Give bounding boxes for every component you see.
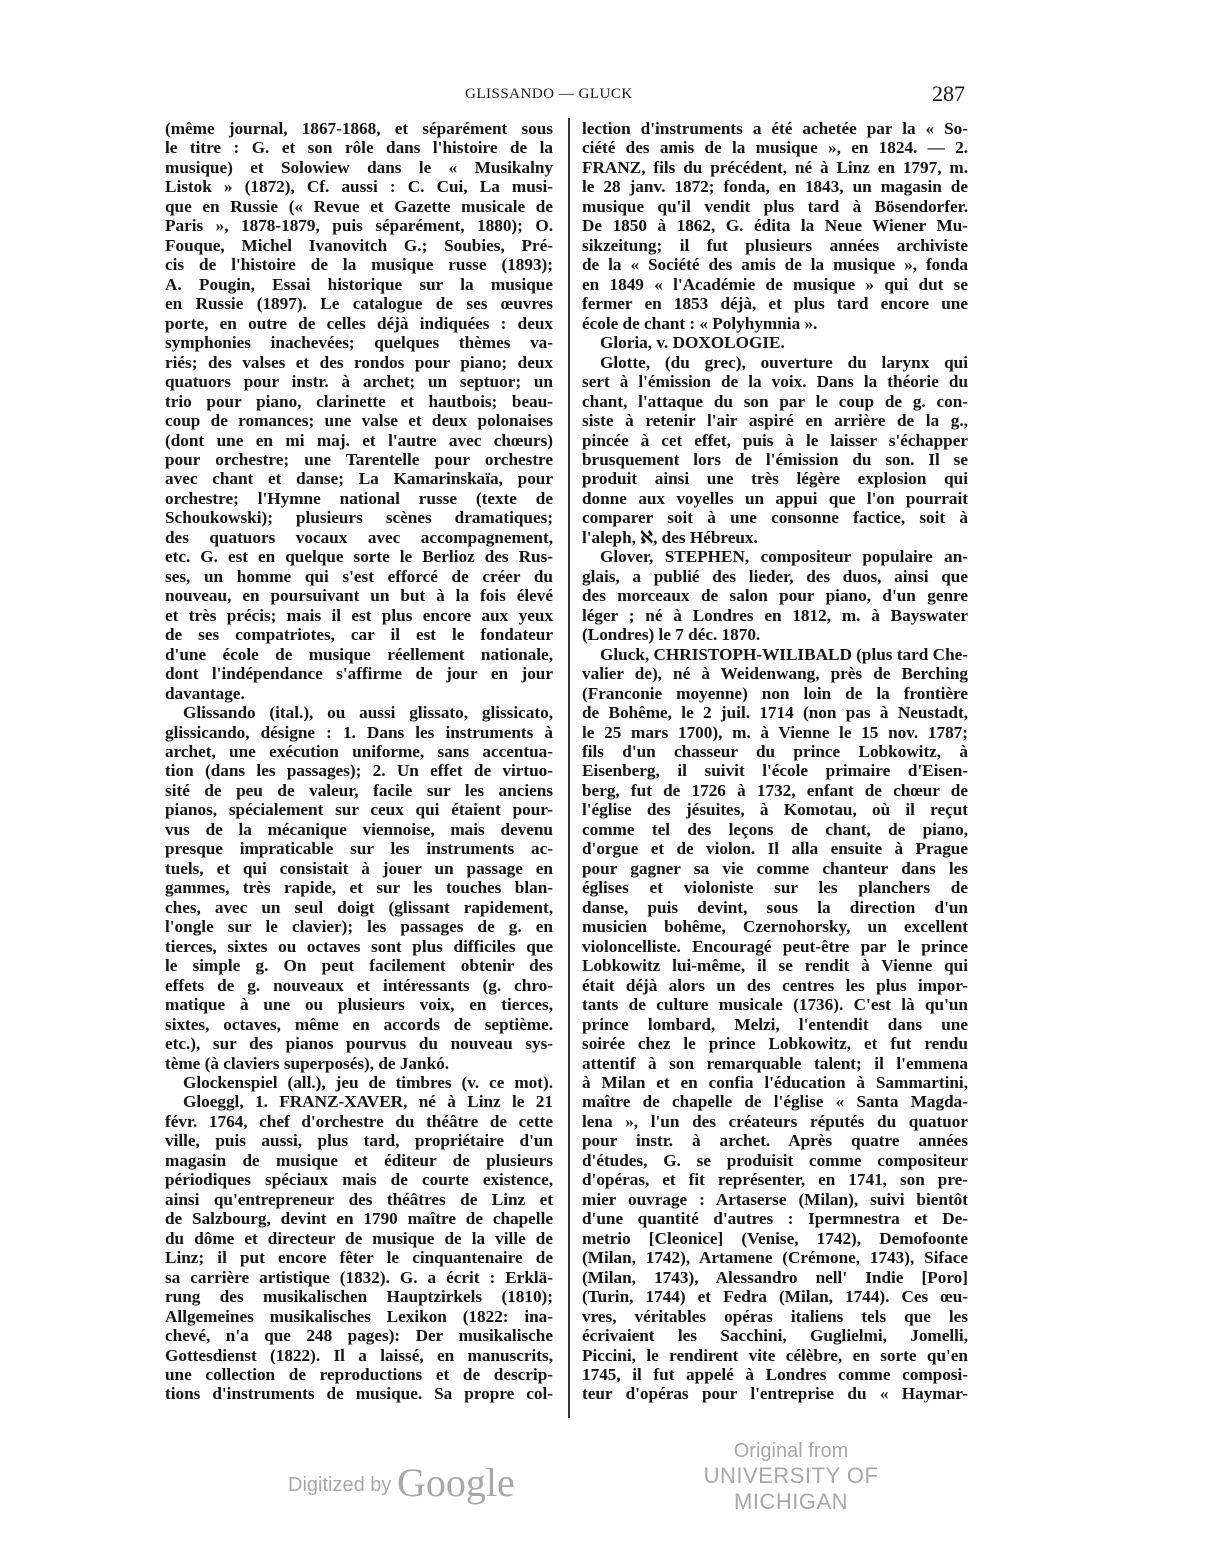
text-line: Paris », 1878-1879, puis séparément, 188… xyxy=(165,216,553,235)
text-line: églises et violoniste sur les planchers … xyxy=(582,878,968,897)
text-line: Gloeggl, 1. FRANZ-XAVER, né à Linz le 21 xyxy=(165,1092,553,1111)
text-line: comme tel des leçons de chant, de piano, xyxy=(582,820,968,839)
text-line: mier ouvrage : Artaserse (Milan), suivi … xyxy=(582,1190,968,1209)
text-line: (Franconie moyenne) non loin de la front… xyxy=(582,684,968,703)
text-line: de Salzbourg, devint en 1790 maître de c… xyxy=(165,1209,553,1228)
text-line: l'ongle sur le clavier); les passages de… xyxy=(165,917,553,936)
right-column: lection d'instruments a été achetée par … xyxy=(582,119,968,1404)
original-from-label: Original from xyxy=(668,1440,914,1463)
text-line: l'église des jésuites, à Komotau, où il … xyxy=(582,800,968,819)
text-line: fermer en 1853 déjà, et plus tard encore… xyxy=(582,294,968,313)
text-line: et très précis; mais il est plus encore … xyxy=(165,606,553,625)
text-line: Glotte, (du grec), ouverture du larynx q… xyxy=(582,353,968,372)
text-line: chevé, n'a que 248 pages): Der musikalis… xyxy=(165,1326,553,1345)
text-line: vres, véritables opéras italiens tels qu… xyxy=(582,1307,968,1326)
text-line: périodiques spéciaux mais de courte exis… xyxy=(165,1170,553,1189)
page-header: GLISSANDO — GLUCK 287 xyxy=(165,86,965,108)
text-line: sikzeitung; il fut plusieurs années arch… xyxy=(582,236,968,255)
text-line: effets de g. nouveaux et intéressants (g… xyxy=(165,976,553,995)
text-line: vus de la mécanique viennoise, mais deve… xyxy=(165,820,553,839)
text-line: léger ; né à Londres en 1812, m. à Baysw… xyxy=(582,606,968,625)
text-line: d'orgue et de violon. Il alla ensuite à … xyxy=(582,839,968,858)
text-line: pour gagner sa vie comme chanteur dans l… xyxy=(582,859,968,878)
text-line: soirée chez le prince Lobkowitz, et fut … xyxy=(582,1034,968,1053)
text-line: pianos, spécialement sur ceux qui étaien… xyxy=(165,800,553,819)
text-line: Eisenberg, il suivit l'école primaire d'… xyxy=(582,761,968,780)
text-line: Allgemeines musikalisches Lexikon (1822:… xyxy=(165,1307,553,1326)
text-line: Schoukowski); plusieurs scènes dramatiqu… xyxy=(165,508,553,527)
text-line: de ses compatriotes, car il est le fonda… xyxy=(165,625,553,644)
text-line: etc.), sur des pianos pourvus du nouveau… xyxy=(165,1034,553,1053)
text-line: des morceaux de salon pour piano, d'un g… xyxy=(582,586,968,605)
text-line: l'aleph, ℵ, des Hébreux. xyxy=(582,528,968,547)
text-line: le simple g. On peut facilement obtenir … xyxy=(165,956,553,975)
text-line: (Londres) le 7 déc. 1870. xyxy=(582,625,968,644)
text-line: symphonies inachevées; quelques thèmes v… xyxy=(165,333,553,352)
text-line: etc. G. est en quelque sorte le Berlioz … xyxy=(165,547,553,566)
text-line: orchestre; l'Hymne national russe (texte… xyxy=(165,489,553,508)
text-line: école de chant : « Polyhymnia ». xyxy=(582,314,968,333)
text-line: davantage. xyxy=(165,684,553,703)
text-line: prince lombard, Melzi, l'entendit dans u… xyxy=(582,1015,968,1034)
text-line: glissicando, désigne : 1. Dans les instr… xyxy=(165,723,553,742)
running-title: GLISSANDO — GLUCK xyxy=(465,86,633,103)
text-line: A. Pougin, Essai historique sur la musiq… xyxy=(165,275,553,294)
text-line: Glockenspiel (all.), jeu de timbres (v. … xyxy=(165,1073,553,1092)
text-line: FRANZ, fils du précédent, né à Linz en 1… xyxy=(582,158,968,177)
text-line: De 1850 à 1862, G. édita la Neue Wiener … xyxy=(582,216,968,235)
text-line: tion (dans les passages); 2. Un effet de… xyxy=(165,761,553,780)
page-number: 287 xyxy=(932,81,965,107)
text-line: matique à une ou plusieurs voix, en tier… xyxy=(165,995,553,1014)
text-line: ches, avec un seul doigt (glissant rapid… xyxy=(165,898,553,917)
text-line: lection d'instruments a été achetée par … xyxy=(582,119,968,138)
text-line: Glover, STEPHEN, compositeur populaire a… xyxy=(582,547,968,566)
text-line: tuels, et qui consistait à jouer un pass… xyxy=(165,859,553,878)
text-line: de Bohême, le 2 juil. 1714 (non pas à Ne… xyxy=(582,703,968,722)
text-line: chant, l'attaque du son par le coup de g… xyxy=(582,392,968,411)
text-line: avec chant et danse; La Kamarinskaïa, po… xyxy=(165,469,553,488)
text-line: à Milan et en confia l'éducation à Samma… xyxy=(582,1073,968,1092)
university-label: UNIVERSITY OF MICHIGAN xyxy=(668,1463,914,1515)
text-line: Glissando (ital.), ou aussi glissato, gl… xyxy=(165,703,553,722)
text-line: (Turin, 1744) et Fedra (Milan, 1744). Ce… xyxy=(582,1287,968,1306)
text-line: glais, a publié des lieder, des duos, ai… xyxy=(582,567,968,586)
text-line: Gottesdienst (1822). Il a laissé, en man… xyxy=(165,1346,553,1365)
digitized-by-google-watermark: Digitized by Google xyxy=(288,1454,515,1501)
text-line: produit ainsi une très légère explosion … xyxy=(582,469,968,488)
text-line: le 25 mars 1700), m. à Vienne le 15 nov.… xyxy=(582,723,968,742)
text-line: porte, en outre de celles déjà indiquées… xyxy=(165,314,553,333)
text-line: ville, puis aussi, plus tard, propriétai… xyxy=(165,1131,553,1150)
text-line: en 1849 « l'Académie de musique » qui du… xyxy=(582,275,968,294)
text-line: danse, puis devint, sous la direction d'… xyxy=(582,898,968,917)
text-line: metrio [Cleonice] (Venise, 1742), Demofo… xyxy=(582,1229,968,1248)
text-line: comparer soit à une consonne factice, so… xyxy=(582,508,968,527)
text-line: gammes, très rapide, et sur les touches … xyxy=(165,878,553,897)
scan-footer: Digitized by Google Original from UNIVER… xyxy=(0,1440,1207,1500)
text-line: le 28 janv. 1872; fonda, en 1843, un mag… xyxy=(582,177,968,196)
text-line: dont l'indépendance s'affirme de jour en… xyxy=(165,664,553,683)
text-line: tème (à claviers superposés), de Jankó. xyxy=(165,1054,553,1073)
text-line: 1745, il fut appelé à Londres comme comp… xyxy=(582,1365,968,1384)
text-line: attentif à son remarquable talent; il l'… xyxy=(582,1054,968,1073)
text-line: valier de), né à Weidenwang, près de Ber… xyxy=(582,664,968,683)
text-line: Fouque, Michel Ivanovitch G.; Soubies, P… xyxy=(165,236,553,255)
text-line: sité de peu de valeur, facile sur les an… xyxy=(165,781,553,800)
text-line: pour instr. à archet. Après quatre année… xyxy=(582,1131,968,1150)
text-line: sa carrière artistique (1832). G. a écri… xyxy=(165,1268,553,1287)
text-line: cis de l'histoire de la musique russe (1… xyxy=(165,255,553,274)
text-line: Linz; il put encore fêter le cinquantena… xyxy=(165,1248,553,1267)
text-line: sert à l'émission de la voix. Dans la th… xyxy=(582,372,968,391)
left-column: (même journal, 1867-1868, et séparément … xyxy=(165,119,553,1404)
text-line: du dôme et directeur de musique de la vi… xyxy=(165,1229,553,1248)
text-line: écrivaient les Sacchini, Guglielmi, Jome… xyxy=(582,1326,968,1345)
text-line: (même journal, 1867-1868, et séparément … xyxy=(165,119,553,138)
text-line: févr. 1764, chef d'orchestre du théâtre … xyxy=(165,1112,553,1131)
text-line: maître de chapelle de l'église « Santa M… xyxy=(582,1092,968,1111)
digitized-prefix: Digitized by xyxy=(288,1474,391,1496)
text-line: musique qu'il vendit plus tard à Bösendo… xyxy=(582,197,968,216)
text-line: donne aux voyelles un appui que l'on pou… xyxy=(582,489,968,508)
text-line: presque impraticable sur les instruments… xyxy=(165,839,553,858)
text-line: Listok » (1872), Cf. aussi : C. Cui, La … xyxy=(165,177,553,196)
text-line: en Russie (1897). Le catalogue de ses œu… xyxy=(165,294,553,313)
text-line: d'études, G. se produisit comme composit… xyxy=(582,1151,968,1170)
text-line: trio pour piano, clarinette et hautbois;… xyxy=(165,392,553,411)
text-line: Gluck, CHRISTOPH-WILIBALD (plus tard Che… xyxy=(582,645,968,664)
text-line: riés; des valses et des rondos pour pian… xyxy=(165,353,553,372)
text-line: Piccini, le rendirent vite célèbre, en s… xyxy=(582,1346,968,1365)
text-line: tants de culture musicale (1736). C'est … xyxy=(582,995,968,1014)
text-line: Lobkowitz lui-même, il se rendit à Vienn… xyxy=(582,956,968,975)
text-line: musicien bohême, Czernohorsky, un excell… xyxy=(582,917,968,936)
text-line: brusquement lors de l'émission du son. I… xyxy=(582,450,968,469)
text-line: d'une quantité d'autres : Ipermnestra et… xyxy=(582,1209,968,1228)
text-line: rung des musikalischen Hauptzirkels (181… xyxy=(165,1287,553,1306)
text-line: musique) et Solowiew dans le « Musikalny xyxy=(165,158,553,177)
text-line: ses, un homme qui s'est efforcé de créer… xyxy=(165,567,553,586)
text-line: d'opéras, et fit représenter, en 1741, s… xyxy=(582,1170,968,1189)
text-line: siste à retenir l'air aspiré en arrière … xyxy=(582,411,968,430)
text-line: lena », l'un des créateurs réputés du qu… xyxy=(582,1112,968,1131)
text-line: tions d'instruments de musique. Sa propr… xyxy=(165,1384,553,1403)
text-line: Gloria, v. DOXOLOGIE. xyxy=(582,333,968,352)
text-line: berg, fut de 1726 à 1732, enfant de chœu… xyxy=(582,781,968,800)
google-logo-text: Google xyxy=(397,1460,515,1505)
text-line: archet, une exécution uniforme, sans acc… xyxy=(165,742,553,761)
column-divider xyxy=(568,118,570,1418)
text-line: le titre : G. et son rôle dans l'histoir… xyxy=(165,138,553,157)
text-line: d'une école de musique réellement nation… xyxy=(165,645,553,664)
text-line: (dont une en mi maj. et l'autre avec chœ… xyxy=(165,431,553,450)
text-line: violoncelliste. Encouragé peut-être par … xyxy=(582,937,968,956)
text-line: de la « Société des amis de la musique »… xyxy=(582,255,968,274)
text-line: (Milan, 1743), Alessandro nell' Indie [P… xyxy=(582,1268,968,1287)
text-line: était déjà alors un des centres les plus… xyxy=(582,976,968,995)
text-line: ainsi qu'entrepreneur des théâtres de Li… xyxy=(165,1190,553,1209)
text-line: fils d'un chasseur du prince Lobkowitz, … xyxy=(582,742,968,761)
text-line: une collection de reproductions et de de… xyxy=(165,1365,553,1384)
text-line: pincée à cet effet, puis à le laisser s'… xyxy=(582,431,968,450)
text-line: des quatuors vocaux avec accompagnement, xyxy=(165,528,553,547)
text-line: (Milan, 1742), Artamene (Crémone, 1743),… xyxy=(582,1248,968,1267)
text-line: pour orchestre; une Tarentelle pour orch… xyxy=(165,450,553,469)
text-line: magasin de musique et éditeur de plusieu… xyxy=(165,1151,553,1170)
text-line: teur d'opéras pour l'entreprise du « Hay… xyxy=(582,1384,968,1403)
original-from-watermark: Original from UNIVERSITY OF MICHIGAN xyxy=(668,1440,914,1515)
text-line: sixtes, octaves, même en accords de sept… xyxy=(165,1015,553,1034)
text-line: coup de romances; une valse et deux polo… xyxy=(165,411,553,430)
text-line: que en Russie (« Revue et Gazette musica… xyxy=(165,197,553,216)
text-line: quatuors pour instr. à archet; un septuo… xyxy=(165,372,553,391)
text-line: tierces, sixtes ou octaves sont plus dif… xyxy=(165,937,553,956)
text-line: nouveau, en poursuivant un but à la fois… xyxy=(165,586,553,605)
text-line: ciété des amis de la musique », en 1824.… xyxy=(582,138,968,157)
